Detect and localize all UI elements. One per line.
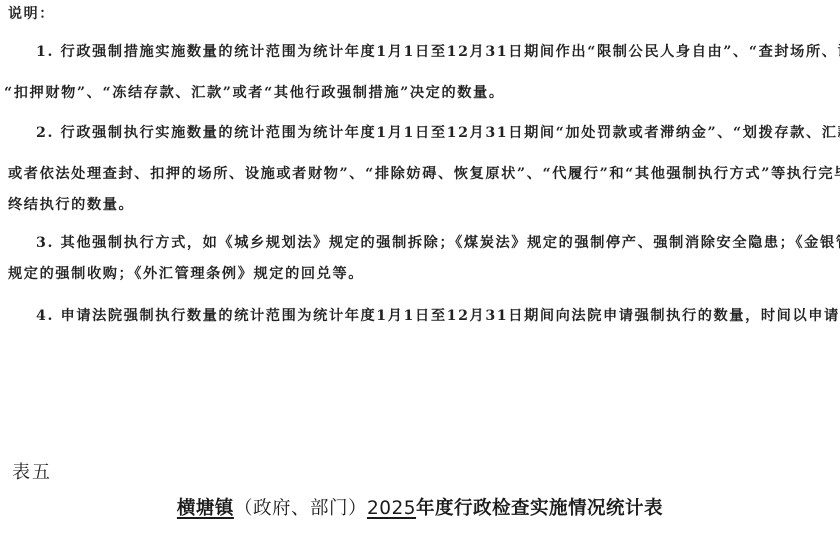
note-4-line-1: 4. 申请法院强制执行数量的统计范围为统计年度1月1日至12月31日期间向法院申…: [36, 306, 840, 326]
table-title-paren: （政府、部门）: [234, 498, 367, 519]
notes-heading: 说明：: [8, 4, 55, 24]
note-1-line-2: “扣押财物”、“冻结存款、汇款”或者“其他行政强制措施”决定的数量。: [4, 83, 505, 103]
note-1-line-1: 1. 行政强制措施实施数量的统计范围为统计年度1月1日至12月31日期间作出“限…: [36, 42, 840, 62]
table-title: 横塘镇（政府、部门）2025年度行政检查实施情况统计表: [0, 494, 840, 520]
note-2-line-3: 终结执行的数量。: [8, 195, 134, 215]
table-title-town: 横塘镇: [177, 498, 234, 519]
table-label: 表五: [12, 458, 52, 484]
table-title-year: 2025: [367, 498, 416, 519]
note-2-line-2: 或者依法处理查封、扣押的场所、设施或者财物”、“排除妨碍、恢复原状”、“代履行”…: [8, 164, 840, 184]
note-3-line-2: 规定的强制收购；《外汇管理条例》规定的回兑等。: [8, 264, 364, 284]
note-3-line-1: 3. 其他强制执行方式，如《城乡规划法》规定的强制拆除；《煤炭法》规定的强制停产…: [36, 233, 840, 253]
table-title-rest: 年度行政检查实施情况统计表: [416, 498, 663, 519]
note-2-line-1: 2. 行政强制执行实施数量的统计范围为统计年度1月1日至12月31日期间“加处罚…: [36, 123, 840, 143]
